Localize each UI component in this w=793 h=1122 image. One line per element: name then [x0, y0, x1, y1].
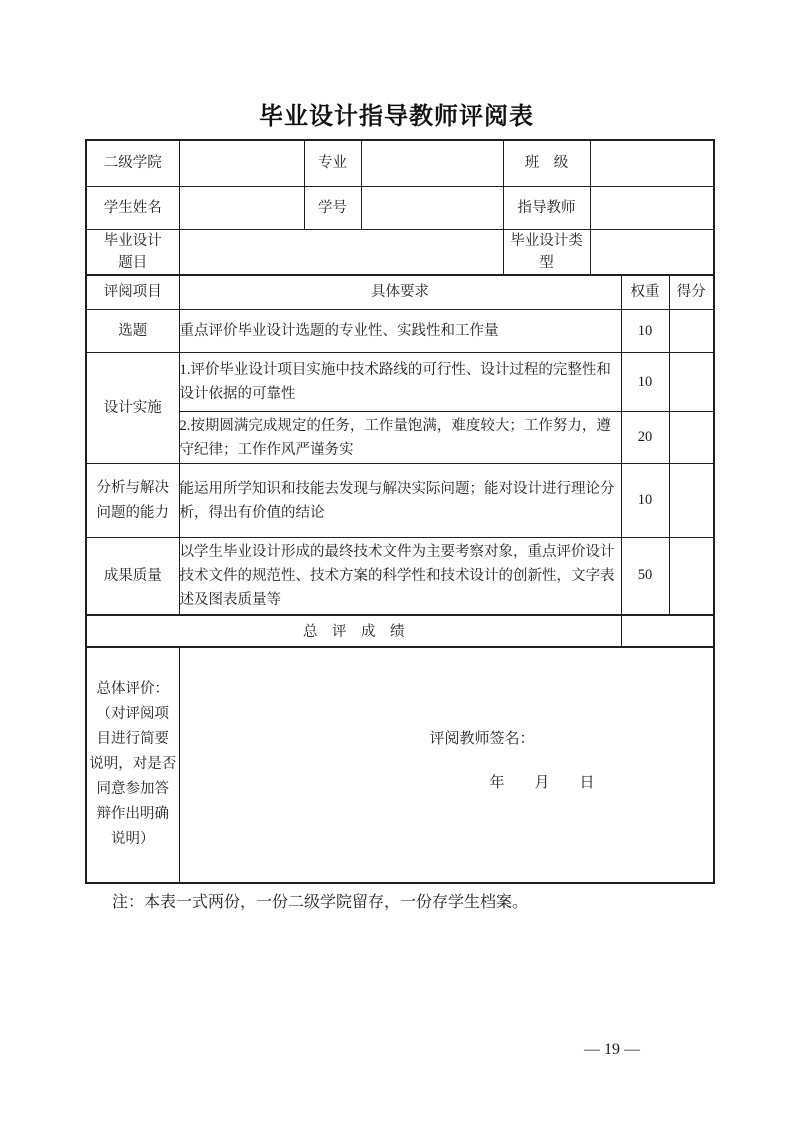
weight-topic-selection: 10	[621, 310, 669, 353]
reviewer-signature-label: 评阅教师签名：	[430, 729, 714, 749]
design-type-value-cell	[590, 229, 714, 275]
class-value-cell	[590, 140, 714, 186]
signature-date-label: 年 月 日	[490, 773, 714, 793]
page-number: — 19 —	[584, 1041, 640, 1059]
student-name-label: 学生姓名	[86, 186, 179, 229]
label-line: 分析与解决	[87, 476, 179, 501]
requirement-design-impl-2: 2.按期圆满完成规定的任务，工作量饱满，难度较大；工作努力，遵守纪律；工作作风严…	[179, 412, 621, 464]
row-topic-selection: 选题 重点评价毕业设计选题的专业性、实践性和工作量 10	[86, 310, 714, 353]
topic-value-cell	[179, 229, 503, 275]
header-requirement: 具体要求	[179, 275, 621, 310]
header-score: 得分	[669, 275, 714, 310]
footnote: 注：本表一式两份，一份二级学院留存，一份存学生档案。	[112, 889, 528, 912]
overall-evaluation-label: 总体评价： （对评阅项 目进行简要 说明，对是否 同意参加答 辩作出明确 说明）	[86, 647, 179, 883]
row-college: 二级学院 专业 班 级	[86, 140, 714, 186]
row-design-impl-2: 2.按期圆满完成规定的任务，工作量饱满，难度较大；工作努力，遵守纪律；工作作风严…	[86, 412, 714, 464]
college-label: 二级学院	[86, 140, 179, 186]
label-line: 毕业设计	[87, 230, 179, 252]
score-design-impl-1	[669, 353, 714, 412]
item-analysis-ability: 分析与解决 问题的能力	[86, 464, 179, 538]
row-overall-evaluation: 总体评价： （对评阅项 目进行简要 说明，对是否 同意参加答 辩作出明确 说明）…	[86, 647, 714, 883]
label-line: 目进行简要	[87, 727, 179, 752]
advisor-value-cell	[590, 186, 714, 229]
item-topic-selection: 选题	[86, 310, 179, 353]
topic-label: 毕业设计 题目	[86, 229, 179, 275]
college-value-cell	[179, 140, 304, 186]
review-form-table: 二级学院 专业 班 级 学生姓名 学号 指导教师 毕业设计 题目 毕业设计类	[85, 139, 715, 884]
requirement-result-quality: 以学生毕业设计形成的最终技术文件为主要考察对象，重点评价设计技术文件的规范性、技…	[179, 538, 621, 615]
document-page: 毕业设计指导教师评阅表 二级学院 专业 班 级 学生姓名 学号 指导教师	[0, 0, 793, 1122]
page-title: 毕业设计指导教师评阅表	[0, 96, 793, 131]
major-value-cell	[361, 140, 503, 186]
student-id-value-cell	[361, 186, 503, 229]
score-result-quality	[669, 538, 714, 615]
class-label: 班 级	[503, 140, 590, 186]
label-line: 总体评价：	[87, 677, 179, 702]
score-design-impl-2	[669, 412, 714, 464]
item-result-quality: 成果质量	[86, 538, 179, 615]
label-line: 型	[504, 252, 590, 274]
header-weight: 权重	[621, 275, 669, 310]
header-review-item: 评阅项目	[86, 275, 179, 310]
student-id-label: 学号	[304, 186, 361, 229]
design-type-label: 毕业设计类 型	[503, 229, 590, 275]
total-score-value-cell	[621, 615, 714, 647]
item-design-implementation: 设计实施	[86, 353, 179, 464]
label-line: 说明）	[87, 827, 179, 852]
weight-analysis: 10	[621, 464, 669, 538]
row-result-quality: 成果质量 以学生毕业设计形成的最终技术文件为主要考察对象，重点评价设计技术文件的…	[86, 538, 714, 615]
label-line: 题目	[87, 252, 179, 274]
row-student: 学生姓名 学号 指导教师	[86, 186, 714, 229]
row-analysis: 分析与解决 问题的能力 能运用所学知识和技能去发现与解决实际问题；能对设计进行理…	[86, 464, 714, 538]
label-line: 辩作出明确	[87, 802, 179, 827]
label-line: 同意参加答	[87, 777, 179, 802]
major-label: 专业	[304, 140, 361, 186]
label-line: 问题的能力	[87, 501, 179, 526]
row-design-impl-1: 设计实施 1.评价毕业设计项目实施中技术路线的可行性、设计过程的完整性和设计依据…	[86, 353, 714, 412]
requirement-analysis: 能运用所学知识和技能去发现与解决实际问题；能对设计进行理论分析，得出有价值的结论	[179, 464, 621, 538]
score-analysis	[669, 464, 714, 538]
advisor-label: 指导教师	[503, 186, 590, 229]
label-line: 毕业设计类	[504, 230, 590, 252]
requirement-design-impl-1: 1.评价毕业设计项目实施中技术路线的可行性、设计过程的完整性和设计依据的可靠性	[179, 353, 621, 412]
label-line: （对评阅项	[87, 702, 179, 727]
total-score-label: 总 评 成 绩	[86, 615, 621, 647]
row-topic: 毕业设计 题目 毕业设计类 型	[86, 229, 714, 275]
score-topic-selection	[669, 310, 714, 353]
student-name-value-cell	[179, 186, 304, 229]
label-line: 说明，对是否	[87, 752, 179, 777]
weight-design-impl-1: 10	[621, 353, 669, 412]
row-review-header: 评阅项目 具体要求 权重 得分	[86, 275, 714, 310]
weight-result-quality: 50	[621, 538, 669, 615]
row-total-score: 总 评 成 绩	[86, 615, 714, 647]
requirement-topic-selection: 重点评价毕业设计选题的专业性、实践性和工作量	[179, 310, 621, 353]
weight-design-impl-2: 20	[621, 412, 669, 464]
overall-comment-cell: 评阅教师签名： 年 月 日	[179, 647, 714, 883]
